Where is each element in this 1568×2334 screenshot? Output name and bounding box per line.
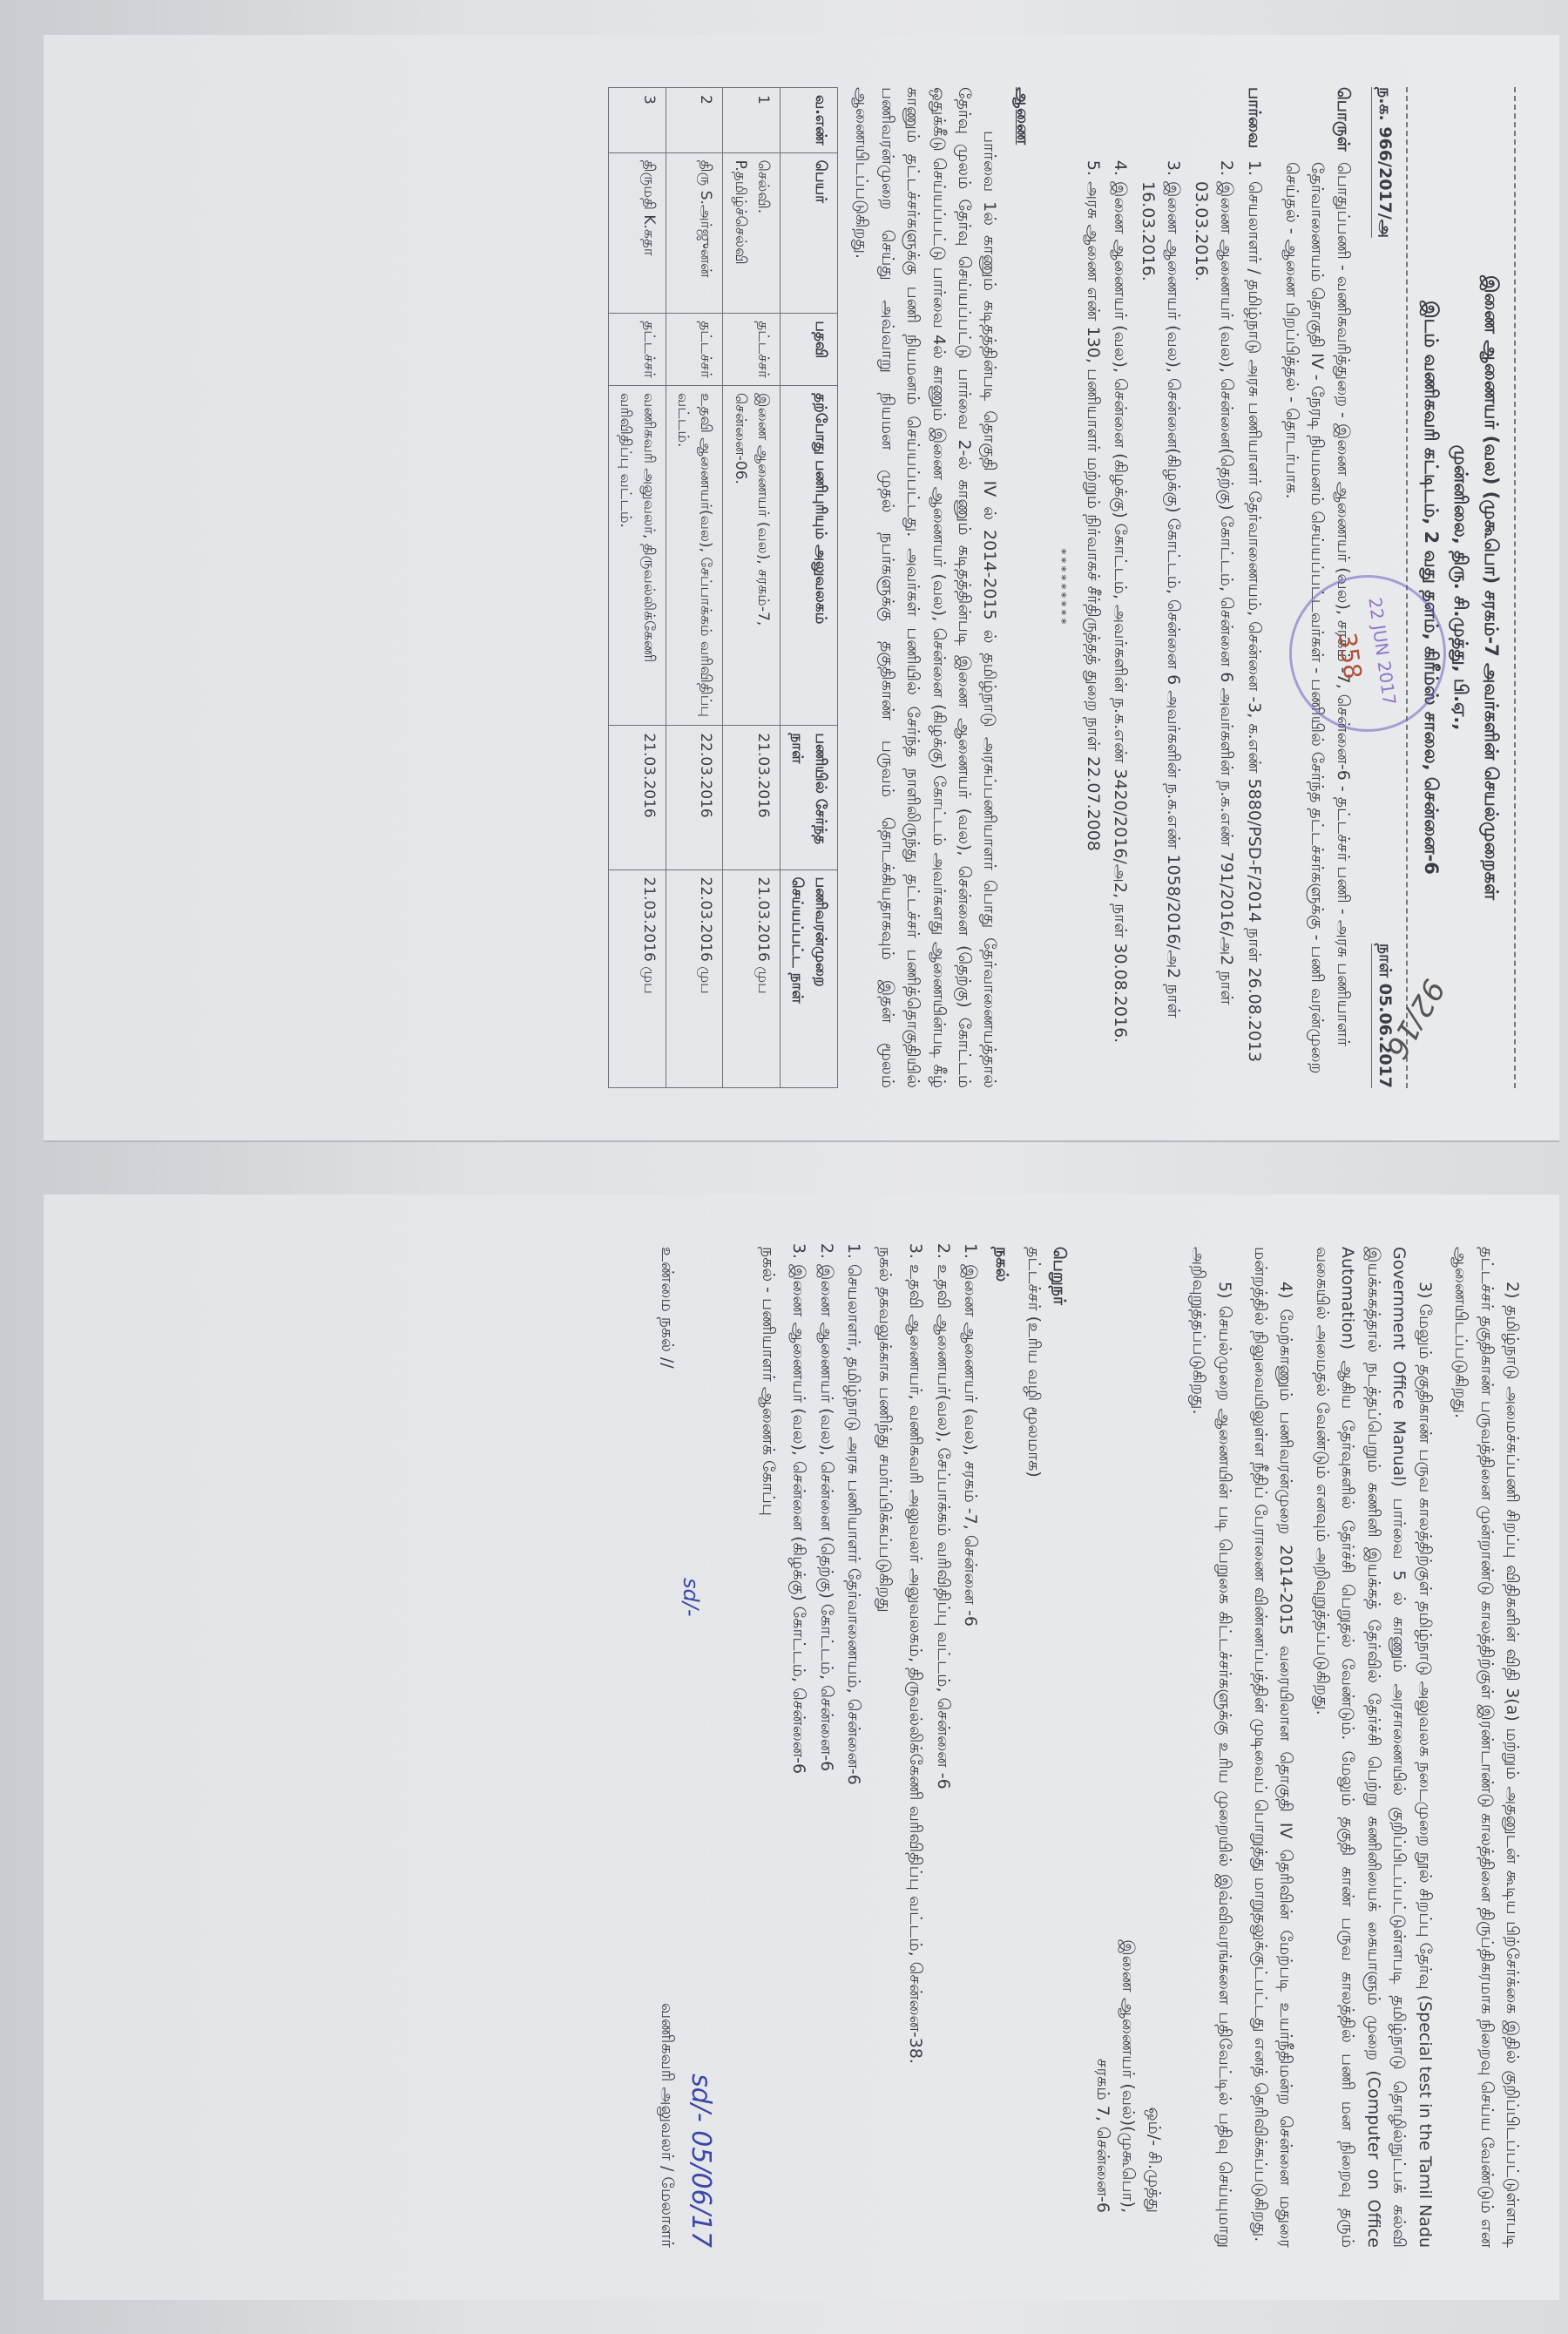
cell-post: தட்டச்சர் (723, 314, 781, 386)
info-label: நகல் தகவலுக்காக பணிந்து சமர்ப்பிக்கப்படு… (871, 1247, 896, 2248)
references-block: பார்வை செயலாளர் / தமிழ்நாடு அரசு பணியாளர… (1078, 87, 1267, 1088)
copy-item: உதவி ஆணையர்(வல), சேப்பாக்கம் வரிவிதிப்பு… (929, 1264, 955, 2248)
cell-regularised-date: 21.03.2016 முப (723, 869, 781, 1087)
col-regularised-date: பணிவரன்முறை செய்யப்பட்ட நாள் (781, 869, 838, 1087)
info-item: செயலாளர், தமிழ்நாடு அரசு பணியாளர் தேர்வா… (841, 1264, 866, 2248)
appointee-table: வ.எண் பெயர் பதவி தற்போது பணிபுரியும் அலு… (608, 87, 838, 1088)
signatory-place: சரகம் 7, சென்னை-6 (1089, 1247, 1114, 2213)
paragraph-5: 5) செயல்முறை ஆணையின் படி பெறுகை கிட்டச்ச… (1186, 1247, 1237, 2248)
order-text: பார்வை 1ல் காணும் கடிதத்தின்படி தொகுதி I… (848, 87, 1003, 1088)
reference-item: இணை ஆணையர் (வல), சென்னை(கிழக்கு) கோட்டம்… (1134, 181, 1186, 1088)
file-copy: நகல் - பணியாளர் ஆணைக் கோப்பு (755, 1247, 781, 2248)
references-list: செயலாளர் / தமிழ்நாடு அரசு பணியாளர் தேர்வ… (1078, 162, 1267, 1088)
letterhead-office: இணை ஆணையர் (வல) (முகூபொ) சரகம்-7 அவர்களி… (1477, 87, 1505, 1088)
ink-signature: sd/- 05/06/17 (679, 2003, 720, 2248)
letterhead: இணை ஆணையர் (வல) (முகூபொ) சரகம்-7 அவர்களி… (1416, 87, 1505, 1088)
cell-office: உதவி ஆணையர்(வல), சேப்பாக்கம் வரிவிதிப்பு… (666, 386, 723, 726)
attesting-officer: வணிகவரி அலுவலர் / மேலாளர் (654, 2003, 679, 2248)
page-1: இணை ஆணையர் (வல) (முகூபொ) சரகம்-7 அவர்களி… (44, 35, 1559, 1142)
col-post: பதவி (781, 314, 838, 386)
letterhead-presiding: முன்னிலை, திரு. சி.முத்து, பி.ஏ., (1447, 87, 1476, 1088)
copy-item: இணை ஆணையர் (வல), சரகம் -7, சென்னை -6 (957, 1264, 983, 2248)
table-row: 1 செல்வி. P.தமிழ்ச்செல்வி தட்டச்சர் இணை … (723, 88, 781, 1088)
cell-name: திரு S.அர்ஜுனன் (666, 152, 723, 314)
reference-item: இணை ஆணையர் (வல), சென்னை (கிழக்கு) கோட்டம… (1107, 181, 1132, 1088)
col-joining-date: பணியில் சேர்ந்த நாள் (781, 726, 838, 869)
document-sheet: இணை ஆணையர் (வல) (முகூபொ) சரகம்-7 அவர்களி… (44, 35, 1559, 2300)
cell-serial: 2 (666, 88, 723, 153)
cell-office: வணிகவரி அலுவலர், திருவல்லிக்கேணி வரிவிதி… (609, 386, 666, 726)
reference-item: இணை ஆணையர் (வல), சென்னை(தெற்கு) கோட்டம்,… (1187, 181, 1239, 1088)
cell-name: செல்வி. P.தமிழ்ச்செல்வி (723, 152, 781, 314)
info-item: இணை ஆணையர் (வல), சென்னை (தெற்கு) கோட்டம்… (814, 1264, 839, 2248)
order-title: ஆணை (1009, 87, 1034, 1088)
signatory-block: ஒம்/- சி.முத்து இணை ஆணையர் (வல்)(முகூபொ)… (1089, 1247, 1166, 2213)
table-row: 2 திரு S.அர்ஜுனன் தட்டச்சர் உதவி ஆணையர்(… (666, 88, 723, 1088)
cell-serial: 1 (723, 88, 781, 153)
reference-item: செயலாளர் / தமிழ்நாடு அரசு பணியாளர் தேர்வ… (1240, 181, 1266, 1088)
to-label: பெறுநர் (1046, 1247, 1071, 2248)
table-row: 3 திருமதி K.கதா தட்டச்சர் வணிகவரி அலுவலர… (609, 88, 666, 1088)
cell-post: தட்டச்சர் (666, 314, 723, 386)
top-rule (1514, 87, 1516, 1088)
table-header-row: வ.எண் பெயர் பதவி தற்போது பணிபுரியும் அலு… (781, 88, 838, 1088)
true-copy-label: உண்மை நகல் // (654, 1247, 679, 1369)
cell-joining-date: 22.03.2016 (666, 726, 723, 869)
to-text: தட்டச்சர் (உரிய வழி மூலமாக) (1021, 1247, 1046, 2248)
paragraph-2: 2) தமிழ்நாடு அமைச்சுப்பணி சிறப்பு விதிகள… (1448, 1247, 1524, 2248)
col-serial: வ.எண் (781, 88, 838, 153)
paragraph-4: 4) மேற்காணும் பணிவரன்முறை 2014-2015 வரைய… (1247, 1247, 1299, 2248)
reference-item: அரசு ஆணை எண் 130, பணியாளர் மற்றும் நிர்வ… (1080, 181, 1105, 1088)
separator-stars: ********* (1051, 87, 1070, 1088)
letterhead-address: இடம் வணிகவரி கட்டிடம், 2 வது தளம், கிரீம… (1416, 87, 1445, 1088)
cell-regularised-date: 21.03.2016 முப (609, 869, 666, 1087)
copy-label: நகல் (988, 1247, 1013, 2248)
info-list: செயலாளர், தமிழ்நாடு அரசு பணியாளர் தேர்வா… (786, 1247, 866, 2248)
cell-post: தட்டச்சர் (609, 314, 666, 386)
signatory-designation: இணை ஆணையர் (வல்)(முகூபொ), (1115, 1247, 1140, 2213)
info-item: இணை ஆணையர் (வல), சென்னை (கிழக்கு) கோட்டம… (786, 1264, 811, 2248)
col-name: பெயர் (781, 152, 838, 314)
subject-label: பொருள் (1279, 87, 1355, 148)
signatory-name: ஒம்/- சி.முத்து (1140, 1247, 1166, 2213)
copy-item: உதவி ஆணையர், வணிகவரி அலுவலர் அலுவலகம், த… (902, 1264, 928, 2248)
cell-joining-date: 21.03.2016 (609, 726, 666, 869)
copy-list: இணை ஆணையர் (வல), சரகம் -7, சென்னை -6 உதவ… (902, 1247, 983, 2248)
reference-number: ந.க. 966/2017/அ (1371, 87, 1397, 238)
cell-serial: 3 (609, 88, 666, 153)
col-office: தற்போது பணிபுரியும் அலுவலகம் (781, 386, 838, 726)
paragraph-3: 3) மேலும் தகுதிகாண் பருவ காலத்திற்குள் த… (1309, 1247, 1437, 2248)
cell-name: திருமதி K.கதா (609, 152, 666, 314)
cell-joining-date: 21.03.2016 (723, 726, 781, 869)
references-label: பார்வை (1078, 87, 1267, 148)
cell-regularised-date: 22.03.2016 முப (666, 869, 723, 1087)
page-2: 2) தமிழ்நாடு அமைச்சுப்பணி சிறப்பு விதிகள… (44, 1194, 1559, 2300)
cell-office: இணை ஆணையர் (வல), சரகம்-7, சென்னை-06. (723, 386, 781, 726)
